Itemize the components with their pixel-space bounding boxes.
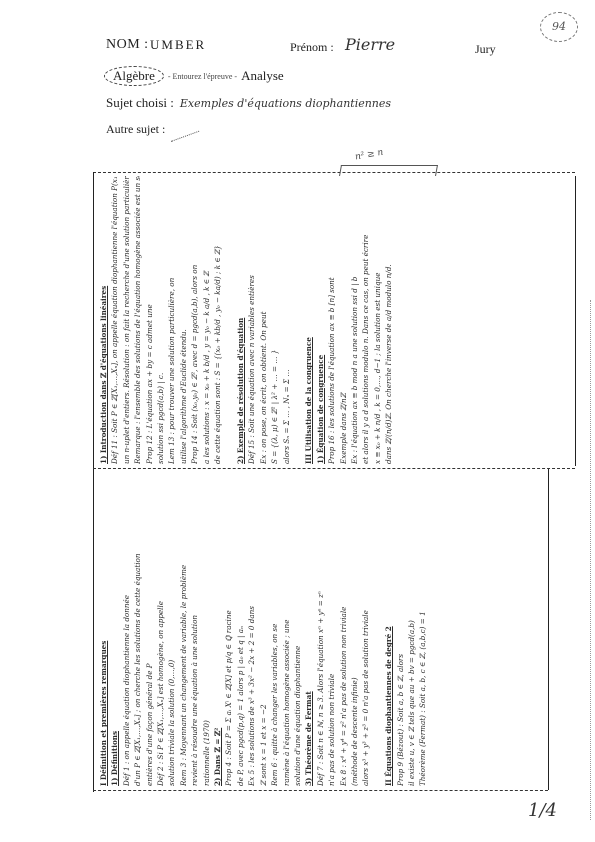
plan-line: a les solutions : x = x₀ + k b/d , y = y… (201, 176, 212, 464)
plan-line: 1) Introduction dans ℤ d'équations linéa… (98, 176, 109, 464)
autre-sujet-label: Autre sujet : (106, 122, 165, 137)
plan-line: Déf 7 : Soit n ∈ ℕ, n ≥ 3. Alors l'équat… (315, 474, 326, 786)
grade-mark: 94 (540, 12, 578, 42)
plan-line: x ≡ x₀ + k n/d , k = 0,…, d−1 ; la solut… (372, 176, 383, 464)
plan-box-top-border (93, 172, 575, 173)
plan-line: Exemple dans ℤ/nℤ (338, 176, 349, 464)
top-annotation: n² ≥ n (354, 148, 384, 163)
plan-line: Prop 4 : Soit P = Σ aᵢ Xⁱ ∈ ℤ[X] et p/q … (223, 474, 234, 786)
plan-line: Ex 5 : les solutions de x³ + 3x² − 2x + … (246, 474, 257, 786)
plan-line: de P, avec pgcd(p,q) = 1 alors p | a₀ et… (235, 474, 246, 786)
plan-line: et alors il y a d solutions modulo n. Da… (360, 176, 371, 464)
exam-option-algebre[interactable]: Algèbre (104, 66, 164, 86)
plan-line: 2) Exemple de résolution d'équation (235, 176, 246, 464)
exam-option-analyse[interactable]: Analyse (241, 68, 284, 84)
plan-line: III Utilisation de la congruence (303, 176, 314, 464)
plan-line (292, 176, 303, 464)
plan-line: utilise l'algorithme d'Euclide étendu. (178, 176, 189, 464)
plan-line: (méthode de descente infinie) (349, 474, 360, 786)
plan-line (372, 474, 383, 786)
plan-line: dans ℤ/(n/d)ℤ. On cherche l'inverse de a… (383, 176, 394, 464)
plan-line (223, 176, 234, 464)
plan-line: Théorème (Fermat) : Soit a, b, c ∈ ℤ, (a… (417, 474, 428, 786)
plan-line: d'un P ∈ ℤ[X₁,…,Xₙ] ; on cherche les sol… (132, 474, 143, 786)
plan-line: alors Sₙ = Σ … , Nₙ = Σ … (281, 176, 292, 464)
plan-line: Déf 11 : Soit P ∈ ℤ[X₁,…,Xₙ], on appelle… (109, 176, 120, 464)
plan-line: 1) Définitions (109, 474, 120, 786)
exam-choice-row: Algèbre - Entourez l'épreuve - Analyse (104, 66, 284, 86)
plan-line: 2) Dans ℤ = ℤ² (212, 474, 223, 786)
prenom-label: Prénom : (290, 40, 334, 55)
sujet-label: Sujet choisi : (106, 95, 174, 111)
prenom-value: Pierre (345, 35, 395, 54)
plan-line: ramène à l'équation homogène associée ; … (281, 474, 292, 786)
plan-line: Lem 13 : pour trouver une solution parti… (166, 176, 177, 464)
plan-line: solution triviale la solution (0,…,0) (166, 474, 177, 786)
jury-label: Jury (475, 42, 496, 57)
plan-line: Prop 16 : les solutions de l'équation ax… (326, 176, 337, 464)
plan-line: n'a pas de solution non triviale (326, 474, 337, 786)
plan-line: solution d'une équation diophantienne (292, 474, 303, 786)
sujet-value: Exemples d'équations diophantiennes (180, 97, 391, 110)
plan-line: Rem 6 : quitte à changer les variables, … (269, 474, 280, 786)
plan-line: entières d'une façon général de P (144, 474, 155, 786)
plan-line: alors x³ + y³ + z³ = 0 n'a pas de soluti… (360, 474, 371, 786)
scan-edge-dots (590, 300, 591, 820)
plan-line: rationnelle (1970) (201, 474, 212, 786)
plan-line: il existe u, v ∈ ℤ tels que au + bv = pg… (406, 474, 417, 786)
plan-line: ℤ sont x = 1 et x = −2 (258, 474, 269, 786)
plan-line: un n-uplet d'entiers. Résolution : on fa… (121, 176, 132, 464)
nom-label: NOM : (106, 37, 149, 53)
plan-line: Prop 9 (Bézout) : Soit a, b ∈ ℤ, alors (395, 474, 406, 786)
plan-line: I Définition et premières remarques (98, 474, 109, 786)
plan-box-right-border-top (575, 176, 576, 466)
plan-box-left-border (93, 172, 94, 792)
plan-line: II Équations diophantiennes de degré 2 (383, 474, 394, 786)
plan-bottom-panel: I Définition et premières remarques 1) D… (98, 474, 546, 786)
plan-line: S = {(λ, μ) ∈ ℤ² | λ² + … = … } (269, 176, 280, 464)
plan-line: Déf 1 : on appelle équation diophantienn… (121, 474, 132, 786)
plan-line: solution ssi pgcd(a,b) | c. (155, 176, 166, 464)
plan-line: 3) Théorème de Fermat (303, 474, 314, 786)
annotation-bracket (339, 165, 438, 176)
page-number: 1/4 (528, 800, 557, 821)
plan-line: Ex : l'équation ax ≡ b mod n a une solut… (349, 176, 360, 464)
plan-line: Ex : on pose, on écrit, on obtient. On p… (258, 176, 269, 464)
plan-line: Ex 8 : x⁴ + y⁴ = z² n'a pas de solution … (338, 474, 349, 786)
autre-sujet-row: Autre sujet : (106, 122, 199, 137)
plan-top-panel: 1) Introduction dans ℤ d'équations linéa… (98, 176, 572, 464)
nom-value: UMBER (150, 37, 206, 53)
plan-line: revient à résoudre une équation à une so… (189, 474, 200, 786)
exam-choice-instruction: - Entourez l'épreuve - (168, 72, 237, 81)
plan-box-divider (93, 468, 575, 469)
plan-line: Rem 3 : Moyennant un changement de varia… (178, 474, 189, 786)
plan-line: Déf 15 : Soit une équation avec n variab… (246, 176, 257, 464)
plan-box-right-border-bottom (548, 468, 549, 790)
plan-line: 1) Équation de congruence (315, 176, 326, 464)
plan-line: Prop 14 : Soit (x₀,y₀) ∈ ℤ², avec d = pg… (189, 176, 200, 464)
plan-line: de cette équation sont : S = {(x₀ + kb/d… (212, 176, 223, 464)
plan-line: Remarque : l'ensemble des solutions de l… (132, 176, 143, 464)
plan-line: Déf 2 : Si P ∈ ℤ[X₁,…,Xₙ] est homogène, … (155, 474, 166, 786)
plan-line: Prop 12 : L'équation ax + by = c admet u… (144, 176, 155, 464)
autre-sujet-dash (169, 125, 200, 142)
sujet-row: Sujet choisi : Exemples d'équations diop… (106, 95, 391, 111)
plan-box-bottom-border (93, 790, 548, 791)
